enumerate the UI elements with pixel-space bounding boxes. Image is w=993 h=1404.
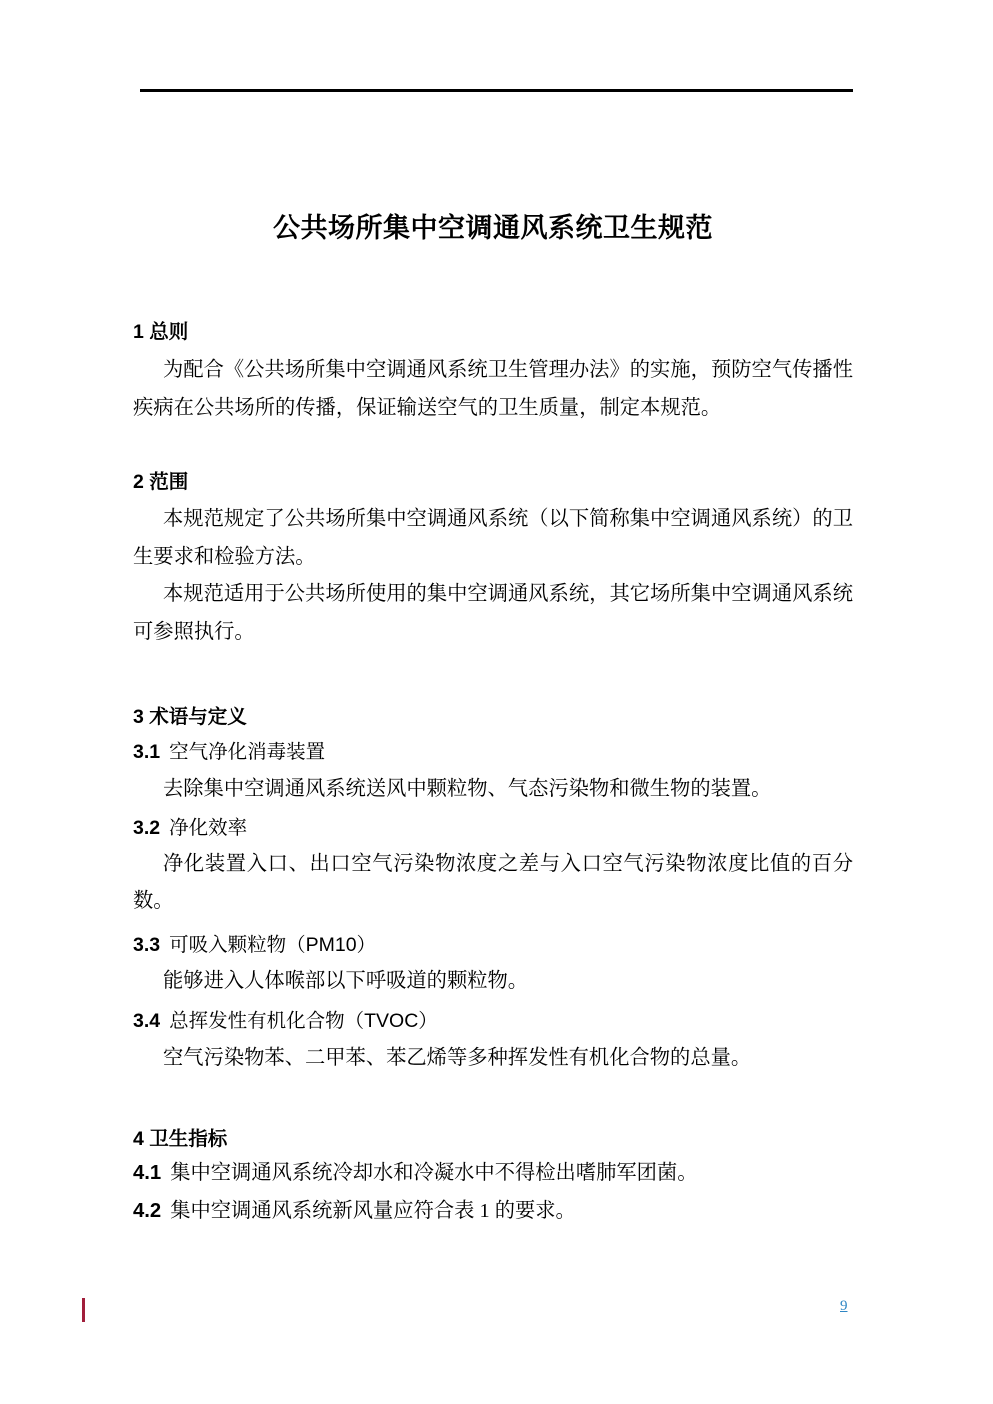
clause-text: 集中空调通风系统冷却水和冷凝水中不得检出嗜肺军团菌。 xyxy=(170,1162,697,1184)
term-text: 总挥发性有机化合物（TVOC） xyxy=(169,1010,438,1032)
clause-item: 4.1集中空调通风系统冷却水和冷凝水中不得检出嗜肺军团菌。 xyxy=(133,1155,853,1193)
definition-term: 3.3可吸入颗粒物（PM10） xyxy=(133,931,853,959)
revision-bar xyxy=(82,1298,85,1322)
clause-number: 3.2 xyxy=(133,817,160,839)
term-text: 空气净化消毒装置 xyxy=(169,741,325,763)
term-text: 净化效率 xyxy=(169,817,247,839)
document-content: 公共场所集中空调通风系统卫生规范 1 总则 为配合《公共场所集中空调通风系统卫生… xyxy=(133,0,853,1230)
clause-text: 集中空调通风系统新风量应符合表 1 的要求。 xyxy=(170,1200,576,1222)
body-paragraph: 为配合《公共场所集中空调通风系统卫生管理办法》的实施，预防空气传播性疾病在公共场… xyxy=(133,352,853,427)
section-heading-scope: 2 范围 xyxy=(133,468,853,496)
section-heading-general: 1 总则 xyxy=(133,318,853,346)
body-paragraph: 本规范规定了公共场所集中空调通风系统（以下简称集中空调通风系统）的卫生要求和检验… xyxy=(133,501,853,576)
term-text: 可吸入颗粒物（PM10） xyxy=(169,934,376,956)
clause-item: 4.2集中空调通风系统新风量应符合表 1 的要求。 xyxy=(133,1193,853,1231)
clause-number: 4.2 xyxy=(133,1200,161,1222)
section-heading-terms: 3 术语与定义 xyxy=(133,703,853,731)
definition-text: 能够进入人体喉部以下呼吸道的颗粒物。 xyxy=(133,963,853,1001)
document-page: 公共场所集中空调通风系统卫生规范 1 总则 为配合《公共场所集中空调通风系统卫生… xyxy=(0,0,993,1404)
body-paragraph: 本规范适用于公共场所使用的集中空调通风系统，其它场所集中空调通风系统可参照执行。 xyxy=(133,576,853,651)
clause-number: 4.1 xyxy=(133,1162,161,1184)
document-title: 公共场所集中空调通风系统卫生规范 xyxy=(133,210,853,246)
section-heading-indicators: 4 卫生指标 xyxy=(133,1125,853,1153)
clause-number: 3.4 xyxy=(133,1010,160,1032)
definition-term: 3.1空气净化消毒装置 xyxy=(133,738,853,766)
clause-number: 3.1 xyxy=(133,741,160,763)
page-number-link[interactable]: 9 xyxy=(840,1296,848,1316)
definition-term: 3.4总挥发性有机化合物（TVOC） xyxy=(133,1007,853,1035)
definition-term: 3.2净化效率 xyxy=(133,814,853,842)
clause-number: 3.3 xyxy=(133,934,160,956)
definition-text: 去除集中空调通风系统送风中颗粒物、气态污染物和微生物的装置。 xyxy=(133,771,853,809)
definition-text: 空气污染物苯、二甲苯、苯乙烯等多种挥发性有机化合物的总量。 xyxy=(133,1040,853,1078)
definition-text: 净化装置入口、出口空气污染物浓度之差与入口空气污染物浓度比值的百分数。 xyxy=(133,846,853,921)
